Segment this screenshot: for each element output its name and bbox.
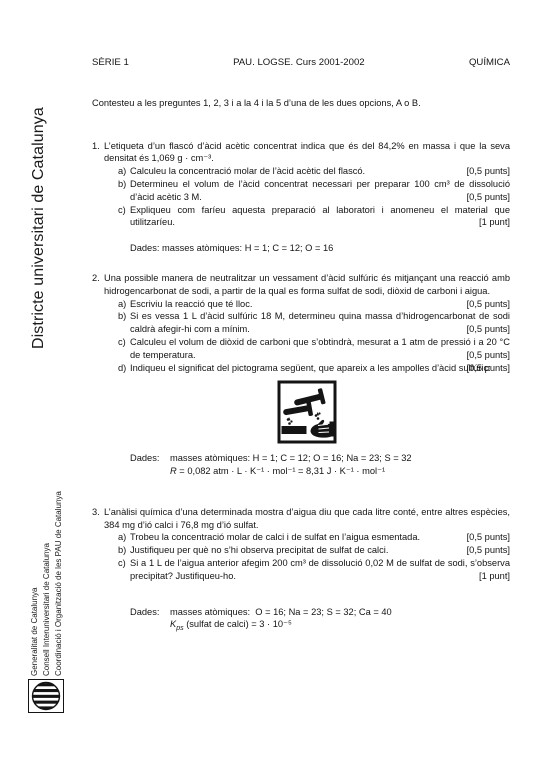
question-item: b)Determineu el volum de l’àcid concentr… (118, 178, 510, 204)
instructions-line: Contesteu a les preguntes 1, 2, 3 i a la… (92, 97, 510, 110)
header-subject: QUÍMICA (469, 57, 510, 70)
dades-body: masses atòmiques: O = 16; Na = 23; S = 3… (170, 606, 392, 636)
atomic-masses-line: masses atòmiques: O = 16; Na = 23; S = 3… (170, 607, 392, 617)
question-item: a)Trobeu la concentració molar de calci … (118, 531, 510, 544)
item-letter: b) (118, 544, 126, 557)
dades-body: masses atòmiques: H = 1; C = 12; O = 16;… (170, 452, 412, 478)
exam-page: Districte universitari de Catalunya Gene… (0, 0, 550, 778)
item-text: Determineu el volum de l’àcid concentrat… (130, 179, 510, 202)
item-text: Si a 1 L de l’aigua anterior afegim 200 … (130, 558, 510, 581)
footer-organization-lines: Generalitat de Catalunya Consell Interun… (29, 491, 66, 676)
dades-block: Dades: masses atòmiques: H = 1; C = 12; … (130, 452, 510, 478)
exam-content-column: SÈRIE 1 PAU. LOGSE. Curs 2001-2002 QUÍMI… (92, 57, 510, 636)
corrosive-pictogram-icon (277, 380, 337, 448)
item-points: [1 punt] (479, 570, 510, 583)
footer-org-line: Consell Interuniversitari de Catalunya (41, 491, 53, 676)
question-item: b)Si es vessa 1 L d’àcid sulfúric 18 M, … (118, 310, 510, 336)
item-points: [0,5 punts] (467, 531, 510, 544)
question-3: 3. L’anàlisi química d’una determinada m… (92, 506, 510, 636)
question-item: a)Escriviu la reacció que té lloc. [0,5 … (118, 298, 510, 311)
page-header: SÈRIE 1 PAU. LOGSE. Curs 2001-2002 QUÍMI… (92, 57, 510, 70)
item-letter: a) (118, 298, 126, 311)
item-points: [0,5 punts] (467, 165, 510, 178)
dades-block: Dades: masses atòmiques: O = 16; Na = 23… (130, 606, 510, 636)
question-intro: L’etiqueta d’un flascó d’àcid acètic con… (104, 140, 510, 166)
question-items: a)Escriviu la reacció que té lloc. [0,5 … (118, 298, 510, 375)
question-number: 1. (92, 140, 100, 153)
item-letter: b) (118, 310, 126, 323)
question-2: 2. Una possible manera de neutralitzar u… (92, 272, 510, 478)
item-letter: a) (118, 531, 126, 544)
item-letter: a) (118, 165, 126, 178)
item-text: Calculeu la concentració molar de l’àcid… (130, 166, 365, 176)
question-intro: Una possible manera de neutralitzar un v… (104, 272, 510, 298)
question-item: c)Calculeu el volum de diòxid de carboni… (118, 336, 510, 362)
item-points: [0,5 punts] (467, 349, 510, 362)
item-letter: d) (118, 362, 126, 375)
item-text: Si es vessa 1 L d’àcid sulfúric 18 M, de… (130, 311, 510, 334)
item-text: Expliqueu com faríeu aquesta preparació … (130, 205, 510, 228)
question-item: b)Justifiqueu per què no s’hi observa pr… (118, 544, 510, 557)
question-items: a)Trobeu la concentració molar de calci … (118, 531, 510, 582)
item-points: [0,5 punts] (467, 298, 510, 311)
header-series: SÈRIE 1 (92, 57, 129, 70)
question-1: 1. L’etiqueta d’un flascó d’àcid acètic … (92, 140, 510, 255)
item-points: [0,5 punts] (467, 362, 510, 375)
atomic-masses-line: masses atòmiques: H = 1; C = 12; O = 16;… (170, 453, 412, 463)
item-letter: c) (118, 557, 126, 570)
item-text: Calculeu el volum de diòxid de carboni q… (130, 337, 510, 360)
generalitat-senyera-logo-icon (28, 679, 64, 713)
solubility-constant-value: (sulfat de calci) = 3 · 10⁻⁵ (184, 619, 292, 629)
item-points: [0,5 punts] (467, 544, 510, 557)
dades-label: Dades: (130, 452, 170, 478)
question-number: 3. (92, 506, 100, 519)
item-letter: b) (118, 178, 126, 191)
header-title: PAU. LOGSE. Curs 2001-2002 (233, 57, 365, 70)
gas-constant-values: = 0,082 atm · L · K⁻¹ · mol⁻¹ = 8,31 J ·… (177, 466, 385, 476)
question-number: 2. (92, 272, 100, 285)
item-letter: c) (118, 336, 126, 349)
gas-constant-symbol: R (170, 466, 177, 476)
item-letter: c) (118, 204, 126, 217)
sidebar-vertical-title: Districte universitari de Catalunya (29, 107, 49, 349)
solubility-constant-subscript: ps (176, 625, 183, 632)
question-intro: L’anàlisi química d’una determinada most… (104, 506, 510, 532)
question-item: c)Si a 1 L de l’aigua anterior afegim 20… (118, 557, 510, 583)
question-item: c)Expliqueu com faríeu aquesta preparaci… (118, 204, 510, 230)
item-points: [0,5 punts] (467, 323, 510, 336)
item-text: Escriviu la reacció que té lloc. (130, 299, 252, 309)
question-items: a)Calculeu la concentració molar de l’àc… (118, 165, 510, 229)
item-text: Justifiqueu per què no s’hi observa prec… (130, 545, 388, 555)
footer-org-line: Generalitat de Catalunya (29, 491, 41, 676)
footer-org-line: Coordinació i Organització de les PAU de… (53, 491, 65, 676)
item-text: Indiqueu el significat del pictograma se… (130, 363, 491, 373)
question-item: d)Indiqueu el significat del pictograma … (118, 362, 510, 375)
dades-label: Dades: (130, 606, 170, 636)
dades-block: Dades: masses atòmiques: H = 1; C = 12; … (130, 242, 510, 255)
item-points: [0,5 punts] (467, 191, 510, 204)
item-points: [1 punt] (479, 216, 510, 229)
question-item: a)Calculeu la concentració molar de l’àc… (118, 165, 510, 178)
item-text: Trobeu la concentració molar de calci i … (130, 532, 420, 542)
